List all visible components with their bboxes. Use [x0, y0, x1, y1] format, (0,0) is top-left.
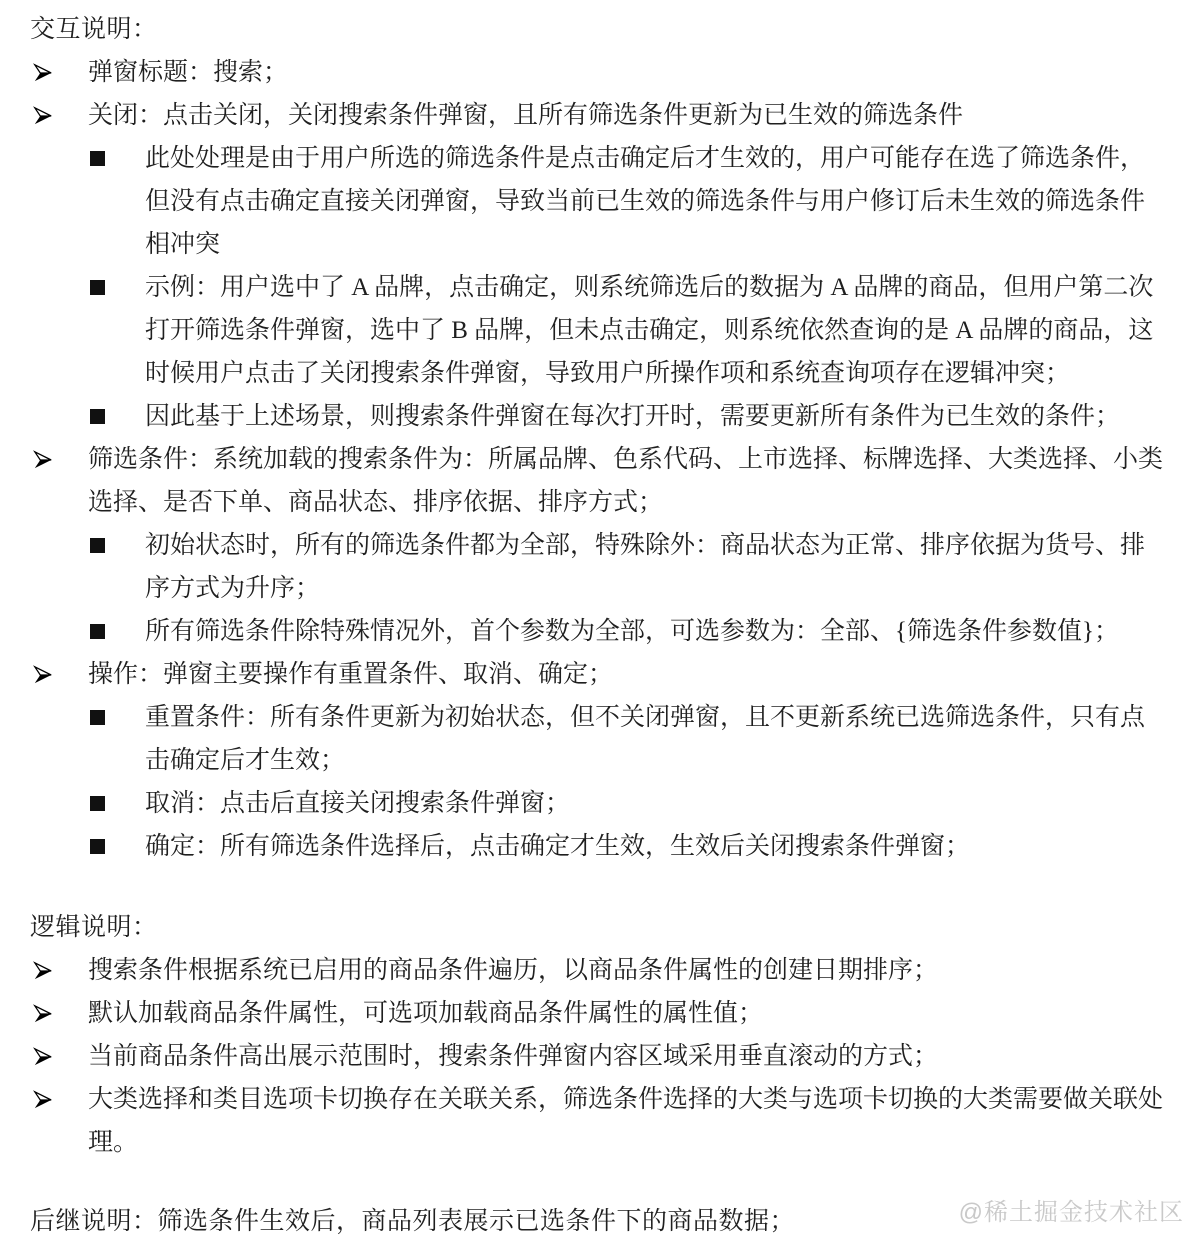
- list-item-text: 弹窗标题：搜索；: [88, 59, 288, 86]
- square-bullet-icon: [90, 266, 105, 309]
- list-item-text: 此处处理是由于用户所选的筛选条件是点击确定后才生效的，用户可能存在选了筛选条件，…: [145, 145, 1145, 258]
- list-item: 关闭：点击关闭，关闭搜索条件弹窗，且所有筛选条件更新为已生效的筛选条件: [30, 94, 1166, 137]
- list-item: 默认加载商品条件属性，可选项加载商品条件属性的属性值；: [30, 992, 1166, 1035]
- list-item-text: 示例：用户选中了 A 品牌，点击确定，则系统筛选后的数据为 A 品牌的商品，但用…: [145, 274, 1153, 387]
- square-bullet-icon: [90, 825, 105, 868]
- list-item-text: 确定：所有筛选条件选择后，点击确定才生效，生效后关闭搜索条件弹窗；: [145, 833, 970, 860]
- square-bullet-icon: [90, 137, 105, 180]
- list-item: 取消：点击后直接关闭搜索条件弹窗；: [30, 782, 1166, 825]
- square-bullet-icon: [90, 696, 105, 739]
- arrowhead-bullet-icon: [33, 949, 53, 992]
- arrowhead-bullet-icon: [33, 992, 53, 1035]
- list-item-text: 筛选条件：系统加载的搜索条件为：所属品牌、色系代码、上市选择、标牌选择、大类选择…: [88, 446, 1163, 516]
- list-item-text: 取消：点击后直接关闭搜索条件弹窗；: [145, 790, 570, 817]
- list-item-text: 默认加载商品条件属性，可选项加载商品条件属性的属性值；: [88, 1000, 763, 1027]
- list-item: 重置条件：所有条件更新为初始状态，但不关闭弹窗，且不更新系统已选筛选条件，只有点…: [30, 696, 1166, 782]
- list-item: 当前商品条件高出展示范围时，搜索条件弹窗内容区域采用垂直滚动的方式；: [30, 1035, 1166, 1078]
- arrowhead-bullet-icon: [33, 51, 53, 94]
- list-item-text: 搜索条件根据系统已启用的商品条件遍历，以商品条件属性的创建日期排序；: [88, 957, 938, 984]
- arrowhead-bullet-icon: [33, 94, 53, 137]
- list-item: 筛选条件：系统加载的搜索条件为：所属品牌、色系代码、上市选择、标牌选择、大类选择…: [30, 438, 1166, 524]
- arrowhead-bullet-icon: [33, 438, 53, 481]
- list-item: 此处处理是由于用户所选的筛选条件是点击确定后才生效的，用户可能存在选了筛选条件，…: [30, 137, 1166, 266]
- watermark-text: @稀土掘金技术社区: [959, 1197, 1184, 1229]
- logic-spec-list: 搜索条件根据系统已启用的商品条件遍历，以商品条件属性的创建日期排序； 默认加载商…: [30, 949, 1166, 1164]
- list-item: 弹窗标题：搜索；: [30, 51, 1166, 94]
- arrowhead-bullet-icon: [33, 653, 53, 696]
- square-bullet-icon: [90, 610, 105, 653]
- arrowhead-bullet-icon: [33, 1078, 53, 1121]
- list-item: 因此基于上述场景，则搜索条件弹窗在每次打开时，需要更新所有条件为已生效的条件；: [30, 395, 1166, 438]
- square-bullet-icon: [90, 782, 105, 825]
- arrowhead-bullet-icon: [33, 1035, 53, 1078]
- square-bullet-icon: [90, 524, 105, 567]
- square-bullet-icon: [90, 395, 105, 438]
- interaction-spec-list: 弹窗标题：搜索； 关闭：点击关闭，关闭搜索条件弹窗，且所有筛选条件更新为已生效的…: [30, 51, 1166, 868]
- list-item-text: 关闭：点击关闭，关闭搜索条件弹窗，且所有筛选条件更新为已生效的筛选条件: [88, 102, 963, 129]
- list-item-text: 重置条件：所有条件更新为初始状态，但不关闭弹窗，且不更新系统已选筛选条件，只有点…: [145, 704, 1145, 774]
- list-item: 大类选择和类目选项卡切换存在关联关系，筛选条件选择的大类与选项卡切换的大类需要做…: [30, 1078, 1166, 1164]
- section-heading-logic: 逻辑说明：: [30, 906, 1166, 949]
- section-heading-interaction: 交互说明：: [30, 8, 1166, 51]
- list-item-text: 操作：弹窗主要操作有重置条件、取消、确定；: [88, 661, 613, 688]
- list-item: 确定：所有筛选条件选择后，点击确定才生效，生效后关闭搜索条件弹窗；: [30, 825, 1166, 868]
- list-item-text: 大类选择和类目选项卡切换存在关联关系，筛选条件选择的大类与选项卡切换的大类需要做…: [88, 1086, 1163, 1156]
- list-item-text: 当前商品条件高出展示范围时，搜索条件弹窗内容区域采用垂直滚动的方式；: [88, 1043, 938, 1070]
- list-item: 搜索条件根据系统已启用的商品条件遍历，以商品条件属性的创建日期排序；: [30, 949, 1166, 992]
- list-item-text: 初始状态时，所有的筛选条件都为全部，特殊除外：商品状态为正常、排序依据为货号、排…: [145, 532, 1145, 602]
- list-item: 操作：弹窗主要操作有重置条件、取消、确定；: [30, 653, 1166, 696]
- document-page: 交互说明： 弹窗标题：搜索； 关闭：点击关闭，关闭搜索条件弹窗，且所有筛选条件更…: [0, 0, 1196, 1258]
- list-item: 初始状态时，所有的筛选条件都为全部，特殊除外：商品状态为正常、排序依据为货号、排…: [30, 524, 1166, 610]
- list-item: 示例：用户选中了 A 品牌，点击确定，则系统筛选后的数据为 A 品牌的商品，但用…: [30, 266, 1166, 395]
- list-item-text: 因此基于上述场景，则搜索条件弹窗在每次打开时，需要更新所有条件为已生效的条件；: [145, 403, 1120, 430]
- list-item-text: 所有筛选条件除特殊情况外，首个参数为全部，可选参数为：全部、{筛选条件参数值}；: [145, 618, 1119, 645]
- list-item: 所有筛选条件除特殊情况外，首个参数为全部，可选参数为：全部、{筛选条件参数值}；: [30, 610, 1166, 653]
